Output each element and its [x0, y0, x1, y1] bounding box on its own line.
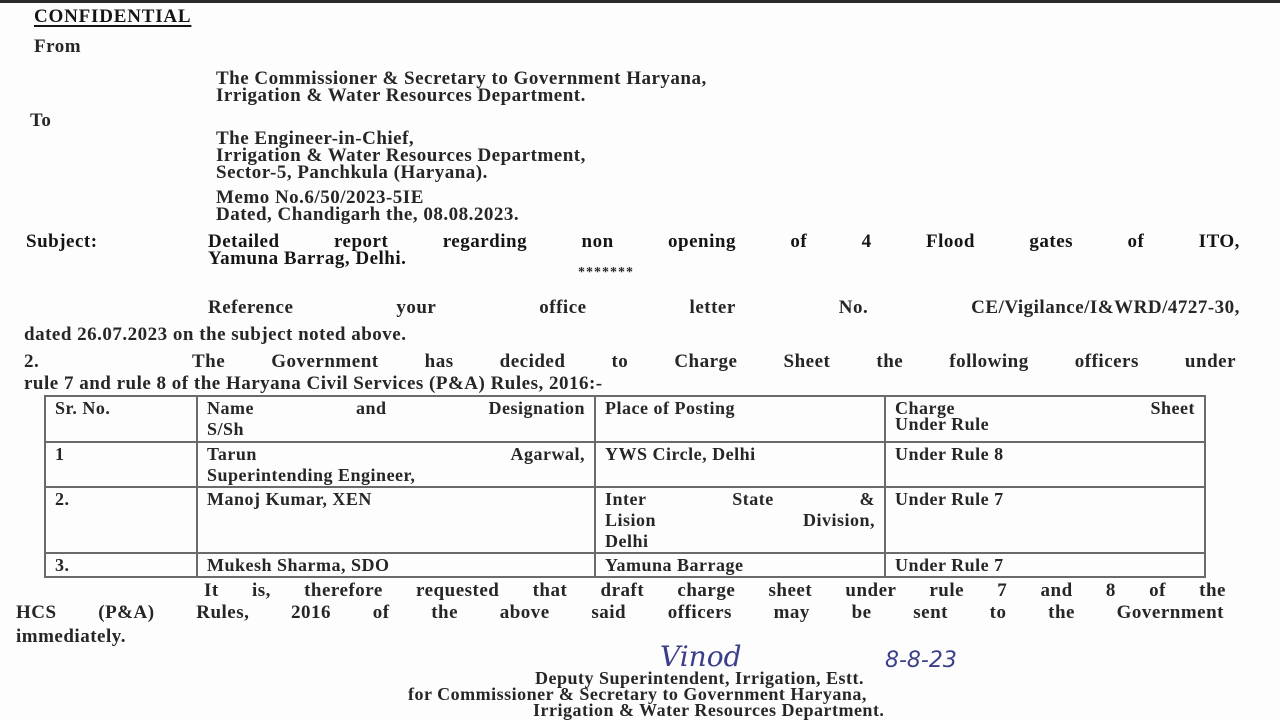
place-word: Inter	[605, 489, 647, 510]
cell-name: Tarun Agarwal, Superintending Engineer,	[197, 442, 595, 487]
reference-line-2: dated 26.07.2023 on the subject noted ab…	[24, 325, 406, 344]
signatory-line-3: Irrigation & Water Resources Department.	[533, 701, 884, 719]
header-word: Name	[207, 398, 254, 419]
place-word: Division,	[803, 510, 875, 531]
cell-sr: 3.	[45, 553, 197, 577]
reference-word: CE/Vigilance/I&WRD/4727-30,	[971, 298, 1240, 317]
name-word: Tarun	[207, 444, 257, 465]
place-word: State	[732, 489, 774, 510]
subject-word: of	[790, 232, 807, 251]
cell-place: Inter State & Lision Division, Delhi	[595, 487, 885, 553]
cell-rule: Under Rule 8	[885, 442, 1205, 487]
para2-line-2: rule 7 and rule 8 of the Haryana Civil S…	[24, 374, 603, 393]
para2-line-1: The Government has decided to Charge She…	[192, 352, 1236, 371]
subject-word: regarding	[443, 232, 527, 251]
cell-rule: Under Rule 7	[885, 553, 1205, 577]
header-word: and	[356, 398, 387, 419]
header-place-of-posting: Place of Posting	[595, 396, 885, 442]
header-sr-no: Sr. No.	[45, 396, 197, 442]
separator-stars: *******	[578, 266, 634, 280]
closing-line-3: immediately.	[16, 627, 126, 646]
from-label: From	[34, 37, 81, 56]
header-name-designation: Name and Designation S/Sh	[197, 396, 595, 442]
header-charge-line-2: Under Rule	[895, 416, 1195, 432]
subject-word: gates	[1029, 232, 1073, 251]
reference-word: office	[539, 298, 586, 317]
charge-sheet-table: Sr. No. Name and Designation S/Sh Place …	[44, 395, 1206, 578]
cell-rule: Under Rule 7	[885, 487, 1205, 553]
reference-line-1: Reference your office letter No. CE/Vigi…	[208, 298, 1240, 317]
cell-place: Yamuna Barrage	[595, 553, 885, 577]
reference-word: No.	[839, 298, 868, 317]
header-word: Designation	[488, 398, 585, 419]
name-word: Agarwal,	[511, 444, 586, 465]
reference-word: letter	[690, 298, 736, 317]
subject-word: ITO,	[1199, 232, 1240, 251]
subject-word: non	[582, 232, 614, 251]
reference-word: your	[396, 298, 436, 317]
name-line-2: Superintending Engineer,	[207, 465, 585, 486]
subject-word: Flood	[926, 232, 975, 251]
para2-number: 2.	[24, 352, 39, 371]
to-line-3: Sector-5, Panchkula (Haryana).	[216, 163, 488, 182]
to-label: To	[30, 111, 51, 130]
header-name-line-2: S/Sh	[207, 419, 585, 440]
table-row: 3. Mukesh Sharma, SDO Yamuna Barrage Und…	[45, 553, 1205, 577]
subject-label: Subject:	[26, 232, 98, 251]
memo-date: Dated, Chandigarh the, 08.08.2023.	[216, 205, 519, 224]
subject-word: opening	[668, 232, 736, 251]
cell-sr: 2.	[45, 487, 197, 553]
classification-heading: CONFIDENTIAL	[34, 7, 191, 26]
cell-name: Mukesh Sharma, SDO	[197, 553, 595, 577]
cell-place: YWS Circle, Delhi	[595, 442, 885, 487]
from-line-2: Irrigation & Water Resources Department.	[216, 86, 586, 105]
header-word: Sheet	[1151, 400, 1196, 416]
subject-line-2: Yamuna Barrag, Delhi.	[208, 249, 406, 268]
table-header-row: Sr. No. Name and Designation S/Sh Place …	[45, 396, 1205, 442]
place-word: &	[860, 489, 876, 510]
subject-word: of	[1127, 232, 1144, 251]
closing-line-1: It is, therefore requested that draft ch…	[204, 581, 1226, 600]
place-line-3: Delhi	[605, 531, 875, 552]
reference-word: Reference	[208, 298, 293, 317]
cell-name: Manoj Kumar, XEN	[197, 487, 595, 553]
top-border	[0, 0, 1280, 3]
cell-sr: 1	[45, 442, 197, 487]
table-row: 1 Tarun Agarwal, Superintending Engineer…	[45, 442, 1205, 487]
table-row: 2. Manoj Kumar, XEN Inter State & Lision…	[45, 487, 1205, 553]
subject-word: 4	[862, 232, 872, 251]
header-charge-sheet: Charge Sheet Under Rule	[885, 396, 1205, 442]
handwritten-date: 8-8-23	[885, 648, 957, 673]
place-word: Lision	[605, 510, 656, 531]
closing-line-2: HCS (P&A) Rules, 2016 of the above said …	[16, 603, 1224, 622]
